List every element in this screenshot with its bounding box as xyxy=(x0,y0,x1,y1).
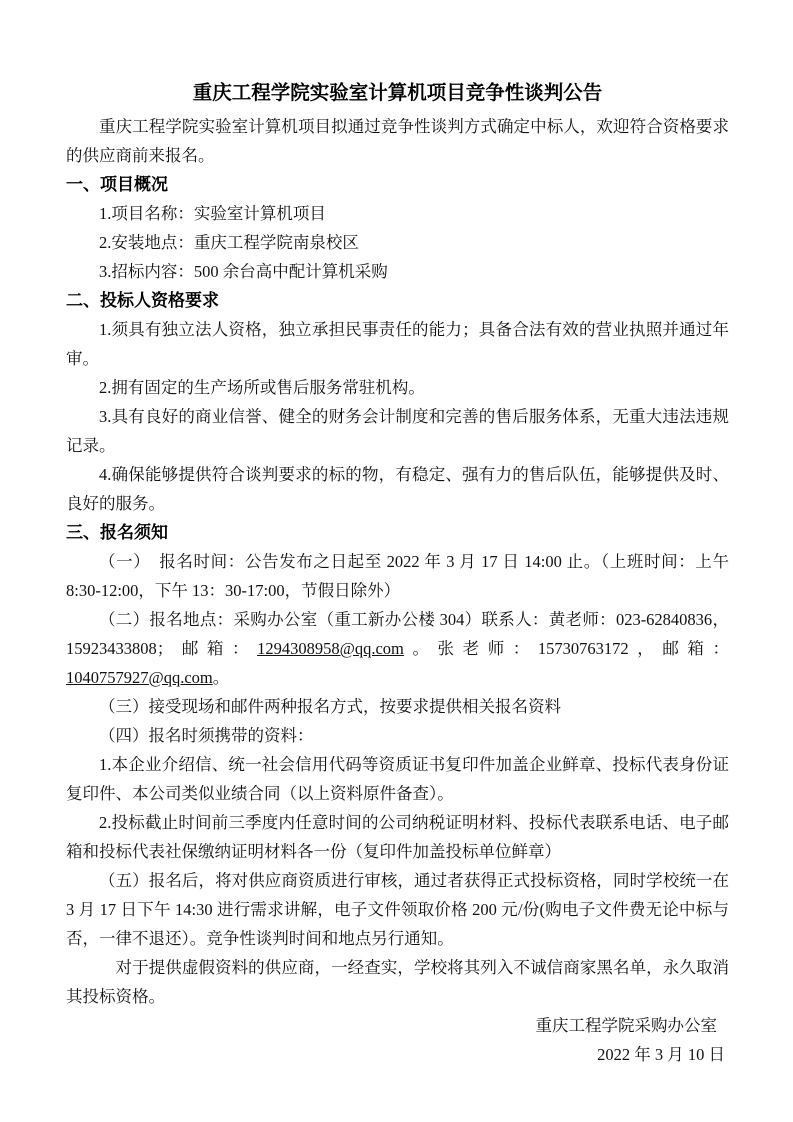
email-link-zhang[interactable]: 1040757927@qq.com xyxy=(66,668,213,687)
date-line: 2022 年 3 月 10 日 xyxy=(66,1040,729,1069)
document-title: 重庆工程学院实验室计算机项目竞争性谈判公告 xyxy=(66,80,729,106)
registration-materials-heading: （四）报名时须携带的资料： xyxy=(66,721,729,750)
registration-location-text-3: 。 xyxy=(213,668,230,687)
registration-method: （三）接受现场和邮件两种报名方式，按要求提供相关报名资料 xyxy=(66,692,729,721)
email-link-huang[interactable]: 1294308958@qq.com xyxy=(257,639,404,658)
qualification-item-1: 1.须具有独立法人资格，独立承担民事责任的能力；具备合法有效的营业执照并通过年审… xyxy=(66,315,729,373)
overview-item-2: 2.安装地点：重庆工程学院南泉校区 xyxy=(66,228,729,257)
overview-item-1: 1.项目名称：实验室计算机项目 xyxy=(66,199,729,228)
materials-item-2: 2.投标截止时间前三季度内任意时间的公司纳税证明材料、投标代表联系电话、电子邮箱… xyxy=(66,808,729,866)
document-page: 重庆工程学院实验室计算机项目竞争性谈判公告 重庆工程学院实验室计算机项目拟通过竞… xyxy=(0,0,793,1122)
registration-location-text-2: 。张老师：15730763172，邮箱： xyxy=(404,639,729,658)
registration-time: （一） 报名时间：公告发布之日起至 2022 年 3 月 17 日 14:00 … xyxy=(66,547,729,605)
overview-item-3: 3.招标内容：500 余台高中配计算机采购 xyxy=(66,257,729,286)
section-heading-overview: 一、项目概况 xyxy=(66,170,729,199)
qualification-item-2: 2.拥有固定的生产场所或售后服务常驻机构。 xyxy=(66,373,729,402)
warning-paragraph: 对于提供虚假资料的供应商，一经查实，学校将其列入不诚信商家黑名单，永久取消其投标… xyxy=(66,953,729,1011)
intro-paragraph: 重庆工程学院实验室计算机项目拟通过竞争性谈判方式确定中标人，欢迎符合资格要求的供… xyxy=(66,112,729,170)
registration-review: （五）报名后，将对供应商资质进行审核，通过者获得正式投标资格，同时学校统一在 3… xyxy=(66,866,729,953)
materials-item-1: 1.本企业介绍信、统一社会信用代码等资质证书复印件加盖企业鲜章、投标代表身份证复… xyxy=(66,750,729,808)
qualification-item-3: 3.具有良好的商业信誉、健全的财务会计制度和完善的售后服务体系，无重大违法违规记… xyxy=(66,402,729,460)
qualification-item-4: 4.确保能够提供符合谈判要求的标的物，有稳定、强有力的售后队伍，能够提供及时、良… xyxy=(66,460,729,518)
registration-location: （二）报名地点：采购办公室（重工新办公楼 304）联系人：黄老师：023-628… xyxy=(66,605,729,692)
signature-line: 重庆工程学院采购办公室 xyxy=(66,1011,729,1040)
section-heading-registration: 三、报名须知 xyxy=(66,518,729,547)
section-heading-qualification: 二、投标人资格要求 xyxy=(66,286,729,315)
